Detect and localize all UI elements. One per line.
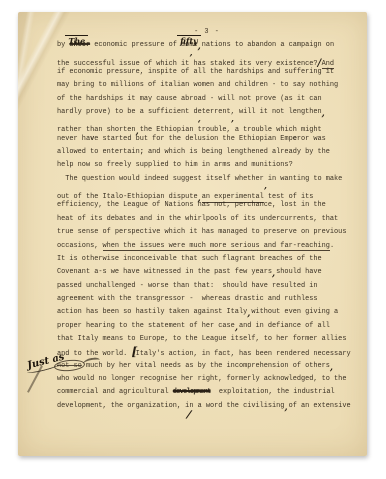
text-line: development, the organization, in a word…	[57, 400, 357, 413]
typed-text: much by her vital needs as by the incomp…	[86, 362, 330, 370]
overtyped-struck-word: development	[173, 388, 211, 396]
handwritten-slash: /	[186, 408, 192, 421]
typed-text: ror was	[297, 135, 326, 143]
typed-text-block: - 3 -by Thesheer economic pressure of fi…	[57, 26, 357, 413]
typed-text: The question would indeed suggest itself…	[57, 175, 342, 183]
typed-text: development, the organization, in a word…	[57, 402, 284, 410]
typed-text: action has been so hastily taken against…	[57, 308, 247, 316]
typed-text: true sense of perspective which it has m…	[57, 228, 346, 236]
typed-text: commercial and agricultural	[57, 388, 173, 396]
text-line: commercial and agricultural development …	[57, 386, 357, 399]
typed-text: proper hearing to the statement of her c…	[57, 322, 235, 330]
text-line: rather than shorten, the Ethiopian ‘trou…	[57, 119, 357, 132]
text-line: may bring to millions of italian women a…	[57, 79, 357, 92]
typed-text: never ha	[57, 135, 90, 143]
typed-text: passed unchallenged - worse than that: s…	[57, 282, 318, 290]
text-line: of the hardships it may cause abroad - w…	[57, 93, 357, 106]
typed-text: may bring to millions of italian women a…	[57, 81, 338, 89]
text-line: efficiency, the League of Nations has no…	[57, 199, 357, 212]
text-line: if economic pressure, inspite of all the…	[57, 66, 357, 79]
typed-text: that Italy means to Europe, to the Leagu…	[57, 335, 346, 343]
text-line: out of the Italo-Ethiopian dispute, an e…	[57, 186, 357, 199]
text-line: passed unchallenged - worse than that: s…	[57, 280, 357, 293]
text-line: The question would indeed suggest itself…	[57, 173, 357, 186]
typed-text: without even giving a	[247, 308, 338, 316]
typed-text: agreement with the transgressor - wherea…	[57, 295, 318, 303]
text-line: action has been so hastily taken against…	[57, 306, 357, 319]
text-line: proper hearing to the statement of her c…	[57, 320, 357, 333]
typed-text: Italy's action, in fact, has been render…	[131, 350, 350, 358]
typed-text: It is otherwise inconceivable that such …	[57, 255, 322, 263]
text-line: who would no longer recognise her right,…	[57, 373, 357, 386]
text-line: hardly prove) to be a sufficient deterre…	[57, 106, 357, 119]
text-line: true sense of perspective which it has m…	[57, 226, 357, 239]
typed-text: e started but for the delusion the Ethio…	[94, 135, 292, 143]
typed-text: economic pressure of	[90, 41, 181, 49]
typed-text: should have	[272, 268, 322, 276]
paper: - 3 -by Thesheer economic pressure of fi…	[18, 12, 367, 456]
typed-text: heat of its debates and in the whirlpool…	[57, 215, 338, 223]
text-line: agreement with the transgressor - wherea…	[57, 293, 357, 306]
typed-text: nations to abandon a campaign on	[198, 41, 334, 49]
typed-text: who would no longer recognise her right,…	[57, 375, 346, 383]
text-line: It is otherwise inconceivable that such …	[57, 253, 357, 266]
text-line: heat of its debates and in the whirlpool…	[57, 213, 357, 226]
typed-text: of the hardships it may cause abroad - w…	[57, 95, 322, 103]
typed-text: exploitation, the industrial	[211, 388, 335, 396]
scanned-document: - 3 -by Thesheer economic pressure of fi…	[0, 0, 386, 479]
typed-text: .	[330, 242, 334, 250]
text-line: not so much by her vital needs as by the…	[57, 360, 357, 373]
page-number: - 3 -	[57, 26, 357, 39]
typed-text: allowed to entertain	[57, 148, 140, 156]
typed-text: efficiency, the League of Nations has no…	[57, 201, 326, 209]
text-line: allowed to entertain; and which is being…	[57, 146, 357, 159]
text-line: that Italy means to Europe, to the Leagu…	[57, 333, 357, 346]
text-line: occasions, when the issues were much mor…	[57, 240, 357, 253]
text-line: help now so freely supplied to him in ar…	[57, 159, 357, 172]
typed-text: and which is being lengthened already by…	[144, 148, 330, 156]
text-line: the successful issue of which it’ has st…	[57, 53, 357, 66]
typed-text: if economic pressure, inspite of all the…	[57, 68, 334, 76]
typed-text: of an extensive	[284, 402, 350, 410]
typed-text: Covenant a-s we have witnessed in the pa…	[57, 268, 272, 276]
typed-text: occasions,	[57, 242, 103, 250]
typed-text: hardly prove) to be a sufficient deterre…	[57, 108, 322, 116]
text-line: never have started but for the delusion …	[57, 133, 357, 146]
typed-text: and in defiance of all	[235, 322, 330, 330]
text-line: by Thesheer economic pressure of fiftyso…	[57, 39, 357, 52]
text-line: Covenant a-s we have witnessed in the pa…	[57, 266, 357, 279]
underlined-text: when the issues were much more serious a…	[103, 242, 330, 252]
text-line: and to the world. [ Italy's action, in f…	[57, 346, 357, 359]
typed-text: help now so freely supplied to him in ar…	[57, 161, 293, 169]
